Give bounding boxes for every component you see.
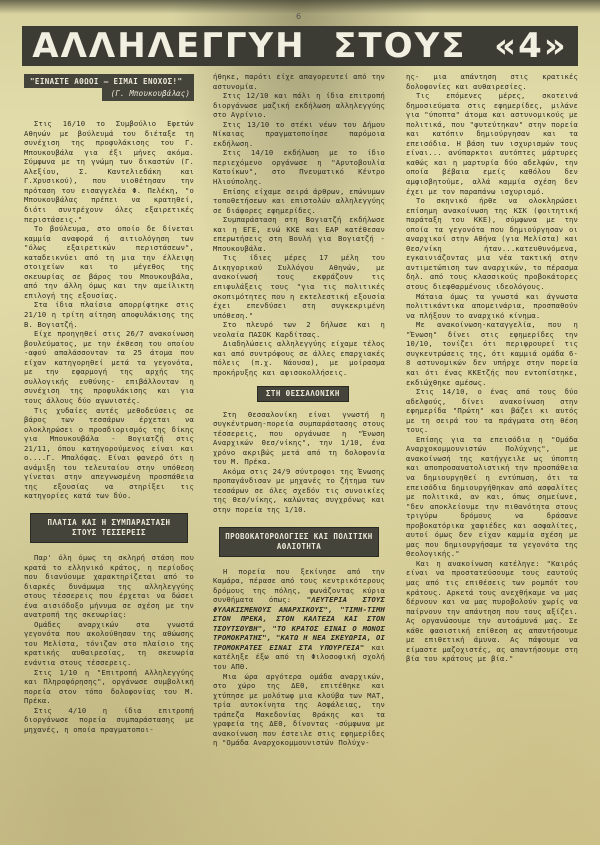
paragraph: Στις 13/10 το στέκι νέων του Δήμου Νίκαι… [213, 120, 385, 149]
page-number: 6 [296, 12, 301, 21]
section-heading: ΠΛΑΤΙΑ ΚΑΙ Η ΣΥΜΠΑΡΑΣΤΑΣΗ ΣΤΟΥΣ ΤΕΣΣΕΡΕΙ… [30, 513, 188, 543]
paragraph: Τις επόμενες μέρες, σκοτεινά δημοσιεύματ… [406, 91, 578, 196]
paragraph: Το βούλευμα, στο οποίο δε δίνεται καμμία… [24, 224, 194, 300]
paragraph: Μια ώρα αργότερα ομάδα αναρχικών, στο χώ… [213, 672, 385, 748]
paragraph: Το σκηνικό ήρθε να ολοκληρώσει επίσημη α… [406, 196, 578, 291]
kicker-attribution: (Γ. Μπουκουβάλας) [102, 88, 194, 102]
paragraph: Στις 1/10 η "Επιτροπή Αλληλεγγύης και Πλ… [24, 668, 194, 706]
column-2: ήθηκε, παρότι είχε απαγορευτεί από την α… [213, 72, 385, 748]
paragraph: Είχε προηγηθεί στις 26/7 ανακοίνωση βουλ… [24, 329, 194, 405]
paragraph: Συμπαράσταση στη Βογιατζή εκδήλωσε και η… [213, 215, 385, 253]
column-3: ης- μια απάντηση στις κρατικές δολοφονίε… [406, 72, 578, 664]
section-heading: ΣΤΗ ΘΕΣΣΑΛΟΝΙΚΗ [257, 386, 349, 402]
paragraph-continued: ήθηκε, παρότι είχε απαγορευτεί από την α… [213, 72, 385, 91]
paragraph: Στο πλευρό των 2 δήλωσε και η νεολαία ΠΑ… [213, 320, 385, 339]
paragraph: Ακόμα στις 24/9 σύντροφοι της Ένωσης προ… [213, 467, 385, 515]
paragraph: Στα ίδια πλαίσια απορρίφτηκε στις 21/10 … [24, 300, 194, 329]
kicker-quote: "ΕΙΝΑΣΤΕ ΑΘΩΟΙ – ΕΙΜΑΙ ΕΝΟΧΟΣ!" [24, 74, 194, 88]
paragraph: Επίσης είχαμε σειρά άρθρων, επώνυμων τοπ… [213, 187, 385, 216]
paragraph: Στις 16/10 το Συμβούλιο Εφετών Αθηνών με… [24, 119, 194, 224]
paragraph: Η πορεία που ξεκίνησε από την Καμάρα, πέ… [213, 567, 385, 672]
kicker-box: "ΕΙΝΑΣΤΕ ΑΘΩΟΙ – ΕΙΜΑΙ ΕΝΟΧΟΣ!" (Γ. Μπου… [24, 74, 194, 101]
paragraph: Με ανακοίνωση-καταγγελία, που η "Ένωση" … [406, 320, 578, 387]
paragraph: Στις 4/10 η ίδια επιτροπή διοργάνωσε πορ… [24, 706, 194, 735]
paragraph: Τις ίδιες μέρες 17 μέλη του Δικηγορικού … [213, 253, 385, 320]
section-heading: ΠΡΟΒΟΚΑΤΟΡΟΛΟΓΙΕΣ ΚΑΙ ΠΟΛΙΤΙΚΗ ΑΘΛΙΟΤΗΤΑ [219, 527, 379, 557]
paragraph: Μάταια όμως τα γνωστά και άγνωστα πολιτι… [406, 292, 578, 321]
page-title: ΑΛΛΗΛΕΓΓΥΗ ΣΤΟΥΣ «4» [22, 26, 578, 66]
paragraph: Ομάδες αναρχικών στα γνωστά γεγονότα που… [24, 620, 194, 668]
paragraph: Διαδηλώσεις αλληλεγγύης είχαμε τέλος και… [213, 339, 385, 377]
paragraph: Στη Θεσσαλονίκη είναι γνωστή η συγκέντρω… [213, 410, 385, 467]
paragraph: Παρ' όλη όμως τη σκληρή στάση που κρατά … [24, 553, 194, 620]
paragraph-continued: ης- μια απάντηση στις κρατικές δολοφονίε… [406, 72, 578, 91]
paragraph: Στις 14/10 εκδήλωση με το ίδιο περιεχόμε… [213, 148, 385, 186]
paragraph: Τις χυδαίες αυτές μεθοδεύσεις σε βάρος τ… [24, 406, 194, 501]
column-1: "ΕΙΝΑΣΤΕ ΑΘΩΟΙ – ΕΙΜΑΙ ΕΝΟΧΟΣ!" (Γ. Μπου… [24, 72, 194, 734]
paragraph: Στις 14/10, ο ένας από τους δύο αδελφούς… [406, 387, 578, 435]
paragraph: Και η ανακοίνωση κατέληγε: "Καιρός είναι… [406, 559, 578, 664]
paragraph: Στις 12/10 και πάλι η ίδια επιτροπή διορ… [213, 91, 385, 120]
paragraph: Επίσης για τα επεισόδια η "Ομάδα Αναρχοκ… [406, 435, 578, 559]
